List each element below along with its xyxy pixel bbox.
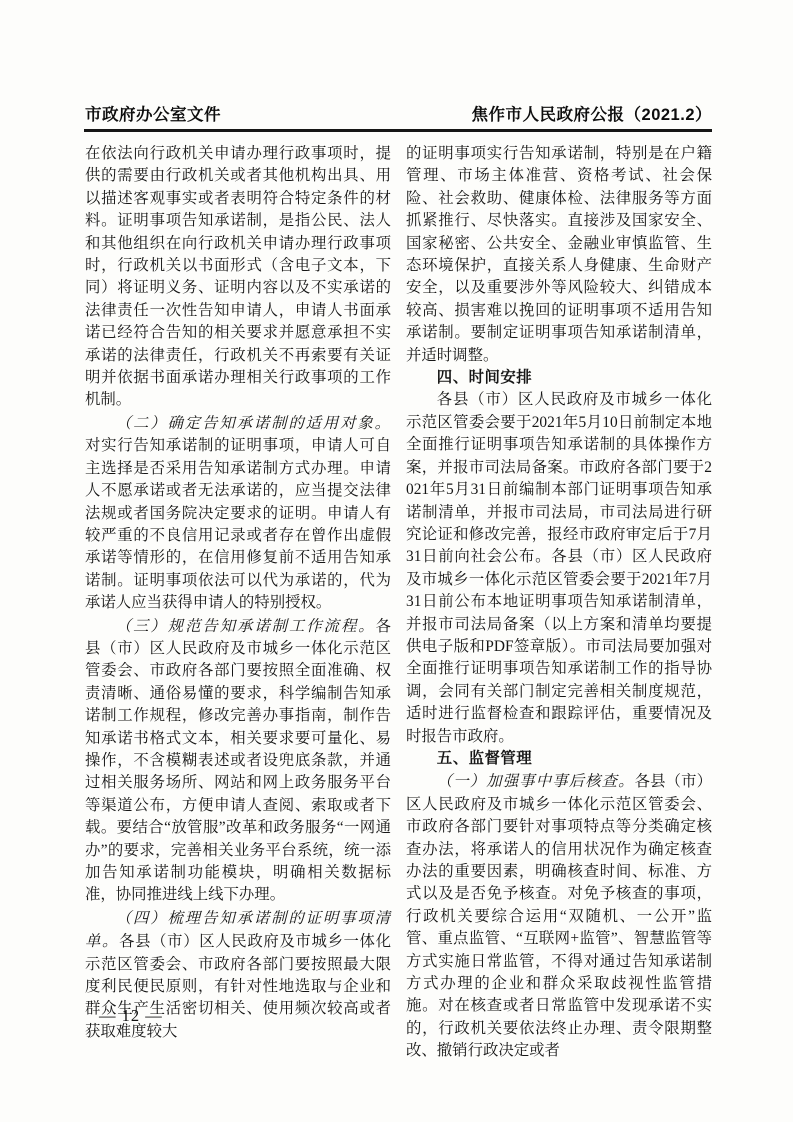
paragraph-item-2-body: 对实行告知承诺制的证明事项，申请人可自主选择是否采用告知承诺制方式办理。申请人不…	[85, 437, 391, 611]
paragraph-item-1-body: 各县（市）区人民政府及市城乡一体化示范区管委会、市政府各部门要针对事项特点等分类…	[406, 773, 712, 1059]
header-divider-rule	[84, 129, 712, 132]
section-heading-4: 四、时间安排	[406, 367, 712, 389]
paragraph-item-3-lead: （三）规范告知承诺制工作流程。	[116, 617, 376, 635]
right-text-column: 的证明事项实行告知承诺制，特别是在户籍管理、市场主体准营、资格考试、社会保险、社…	[406, 143, 712, 1063]
paragraph-item-2: （二）确定告知承诺制的适用对象。对实行告知承诺制的证明事项，申请人可自主选择是否…	[85, 412, 391, 615]
paragraph-continuation: 在依法向行政机关申请办理行政事项时，提供的需要由行政机关或者其他机构出具、用以描…	[85, 143, 391, 412]
paragraph-item-1-lead: （一）加强事中事后核查。	[437, 772, 635, 790]
left-text-column: 在依法向行政机关申请办理行政事项时，提供的需要由行政机关或者其他机构出具、用以描…	[85, 143, 391, 1043]
gazette-page: 市政府办公室文件 焦作市人民政府公报（2021.2） 在依法向行政机关申请办理行…	[0, 0, 793, 1122]
header-doc-type: 市政府办公室文件	[85, 101, 221, 125]
paragraph-item-1-supervision: （一）加强事中事后核查。各县（市）区人民政府及市城乡一体化示范区管委会、市政府各…	[406, 770, 712, 1062]
paragraph-continuation-right: 的证明事项实行告知承诺制，特别是在户籍管理、市场主体准营、资格考试、社会保险、社…	[406, 143, 712, 367]
paragraph-item-2-lead: （二）确定告知承诺制的适用对象。	[116, 414, 391, 432]
section-heading-5: 五、监督管理	[406, 748, 712, 770]
paragraph-item-3: （三）规范告知承诺制工作流程。各县（市）区人民政府及市城乡一体化示范区管委会、市…	[85, 615, 391, 907]
header-gazette-title: 焦作市人民政府公报（2021.2）	[472, 101, 712, 125]
document-header: 市政府办公室文件 焦作市人民政府公报（2021.2）	[85, 101, 712, 125]
paragraph-time-arrangement: 各县（市）区人民政府及市城乡一体化示范区管委会要于2021年5月10日前制定本地…	[406, 389, 712, 748]
page-number: — 12 —	[99, 1006, 163, 1026]
paragraph-item-3-body: 各县（市）区人民政府及市城乡一体化示范区管委会、市政府各部门要按照全面准确、权责…	[85, 618, 391, 904]
